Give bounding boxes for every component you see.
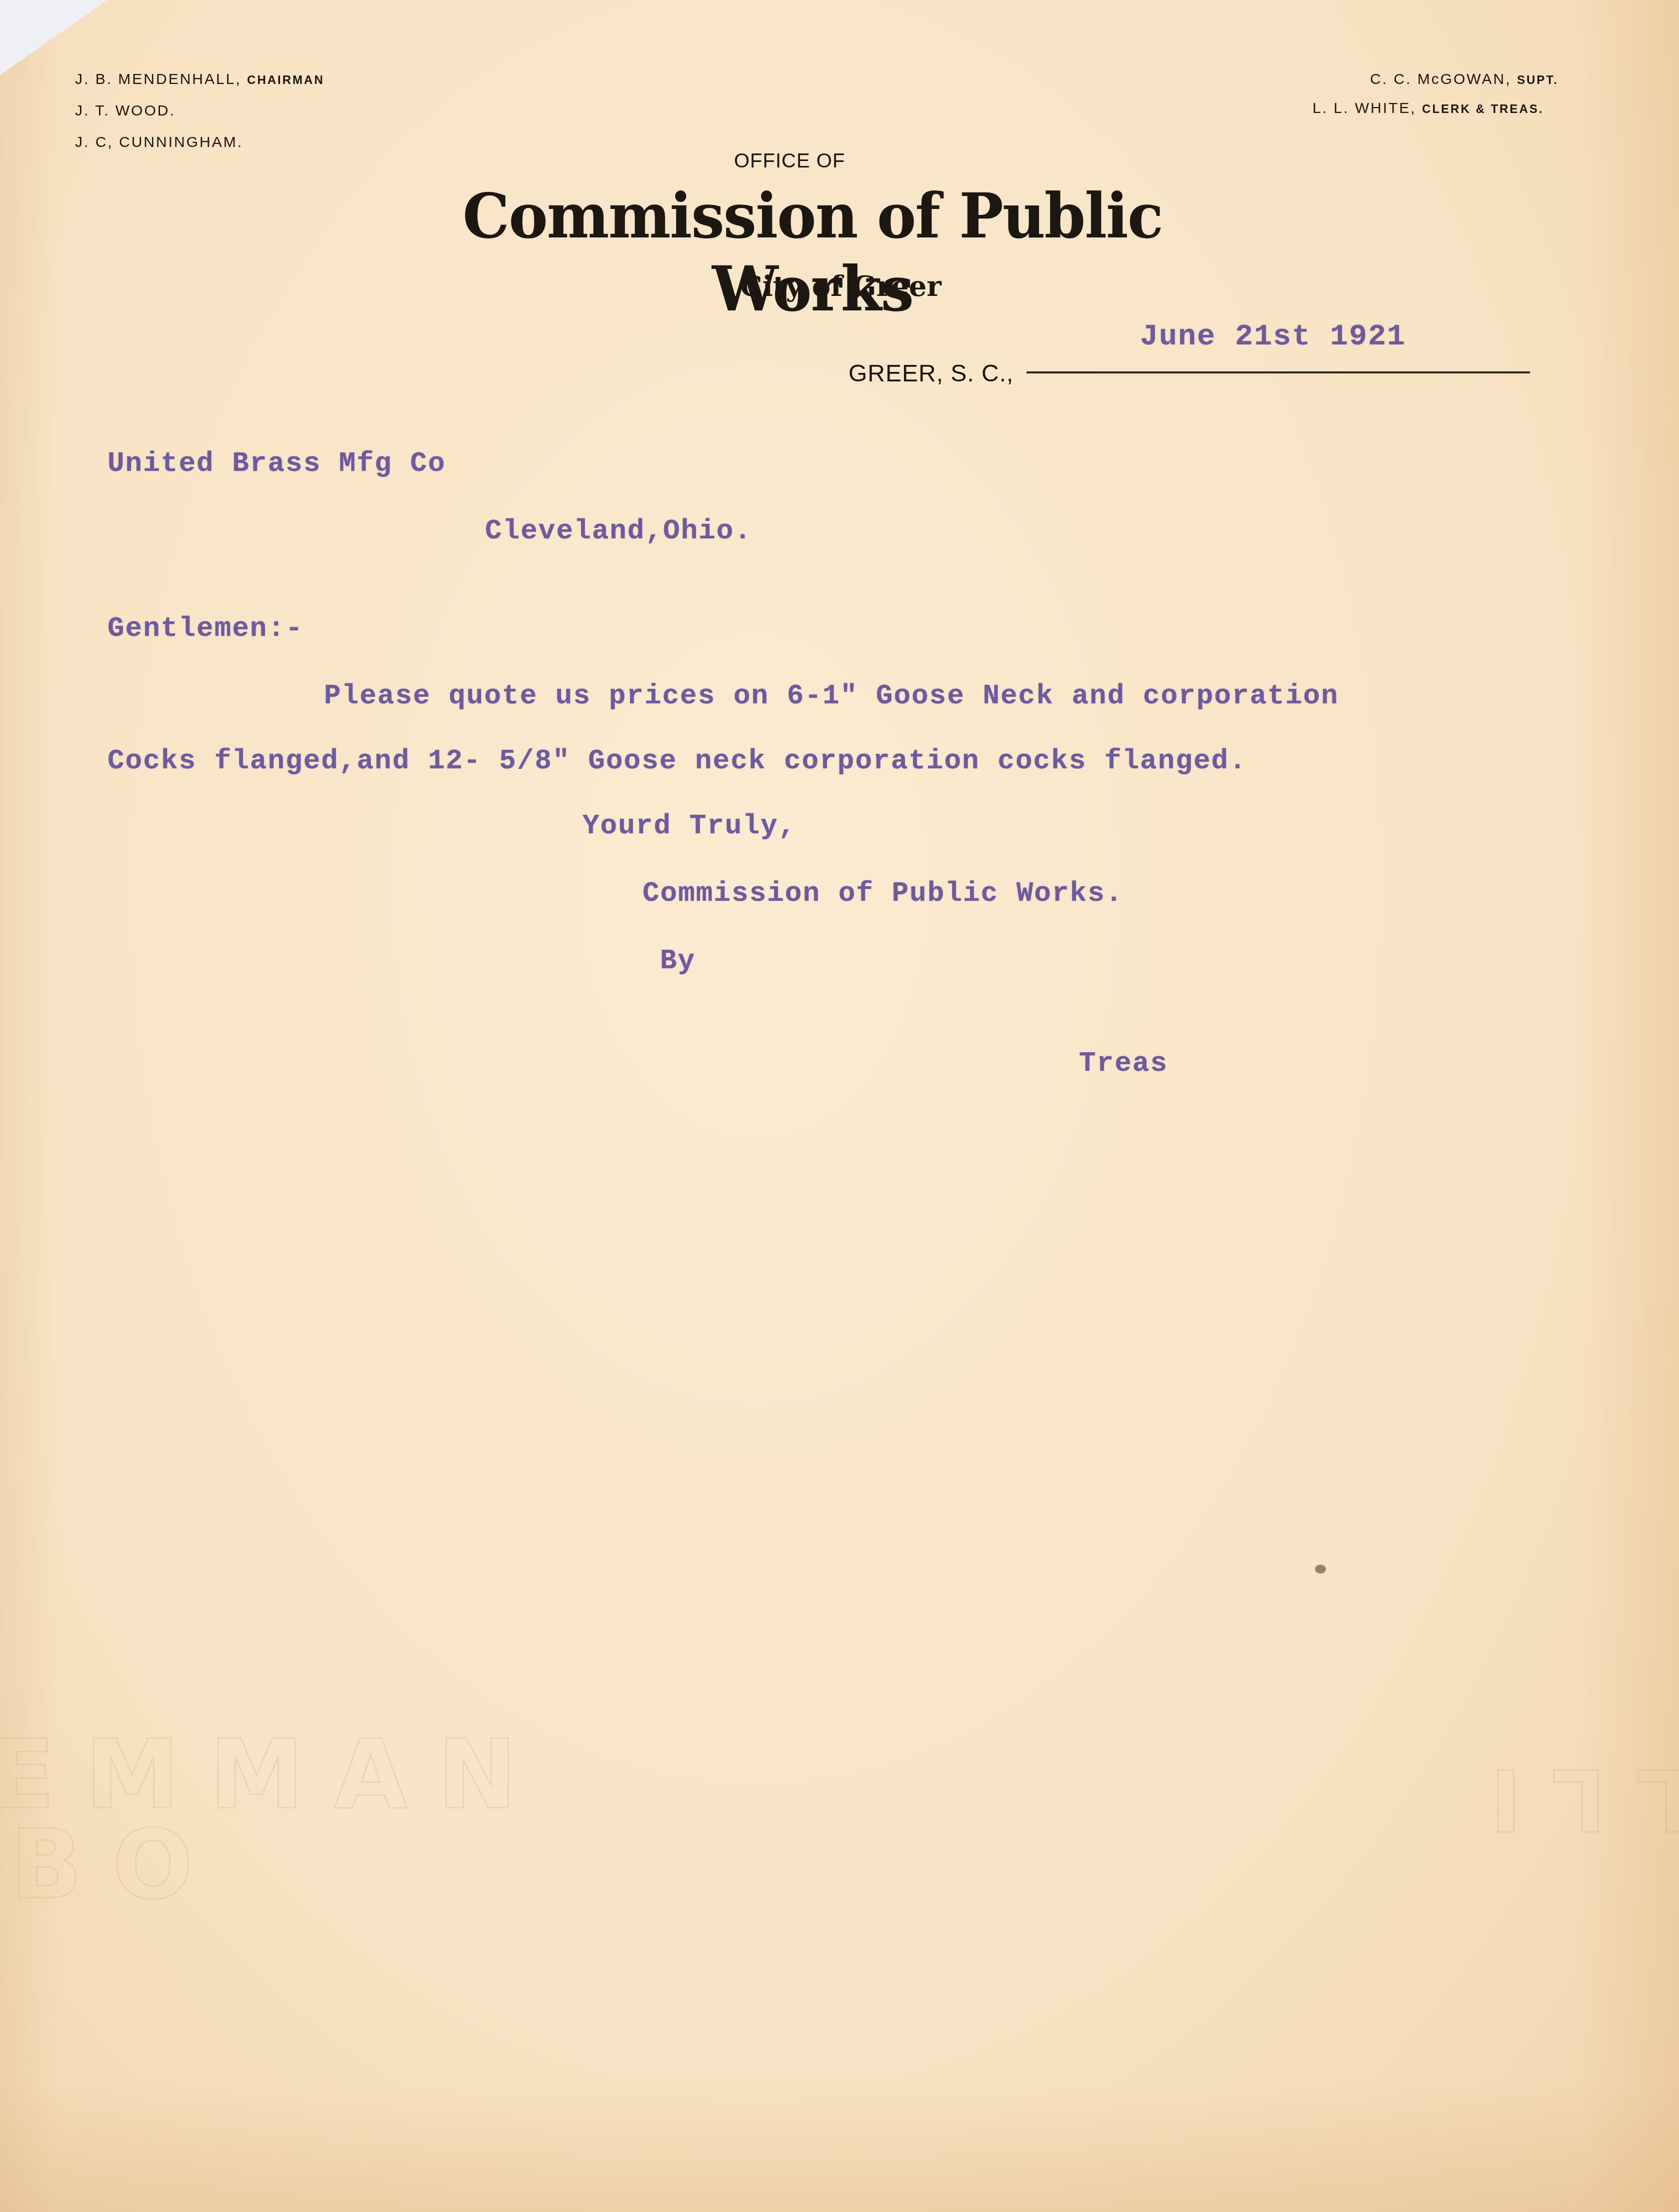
body-line: Cocks flanged,and 12- 5/8" Goose neck co… [107, 745, 1247, 777]
office-of-label: OFFICE OF [734, 150, 845, 172]
salutation: Gentlemen:- [107, 612, 303, 644]
place-label: GREER, S. C., [848, 360, 1013, 387]
officer-name: C. C. McGOWAN, [1370, 71, 1511, 87]
recipient-name: United Brass Mfg Co [107, 447, 446, 479]
letterhead-subtitle: City of Greer [740, 270, 941, 303]
signature-by: By [660, 945, 695, 977]
officer-role: CHAIRMAN [247, 73, 324, 87]
officer-clerk-treasurer: L. L. WHITE, CLERK & TREAS. [1312, 100, 1543, 117]
paper-stain-bottom [0, 2082, 1679, 2212]
body-line: Please quote us prices on 6-1" Goose Nec… [324, 680, 1339, 712]
officer-member: J. T. WOOD. [75, 102, 175, 119]
watermark-text: LLI [1460, 1750, 1679, 1849]
officer-role: SUPT. [1517, 73, 1558, 87]
officer-name: L. L. WHITE, [1312, 100, 1416, 116]
officer-member: J. C, CUNNINGHAM. [75, 134, 243, 151]
letterhead-title: Commission of Public Works [427, 179, 1197, 325]
signature-title: Treas [1079, 1047, 1168, 1079]
officer-name: J. T. WOOD. [75, 102, 175, 119]
officer-name: J. B. MENDENHALL, [75, 71, 241, 87]
officer-name: J. C, CUNNINGHAM. [75, 134, 243, 150]
watermark-text: BO [10, 1810, 223, 1920]
officer-role: CLERK & TREAS. [1422, 102, 1543, 116]
officer-chairman: J. B. MENDENHALL, CHAIRMAN [75, 71, 324, 88]
recipient-city: Cleveland,Ohio. [485, 515, 752, 547]
letter-date: June 21st 1921 [1140, 320, 1406, 354]
officer-superintendent: C. C. McGOWAN, SUPT. [1370, 71, 1558, 88]
paper-stain-right [1579, 0, 1679, 2212]
closing: Yourd Truly, [582, 810, 796, 842]
signature-organization: Commission of Public Works. [642, 877, 1123, 909]
date-line [1026, 371, 1530, 373]
paper-spot [1315, 1565, 1326, 1574]
letter-paper: EMMAN BO LLI J. B. MENDENHALL, CHAIRMAN … [0, 0, 1679, 2212]
